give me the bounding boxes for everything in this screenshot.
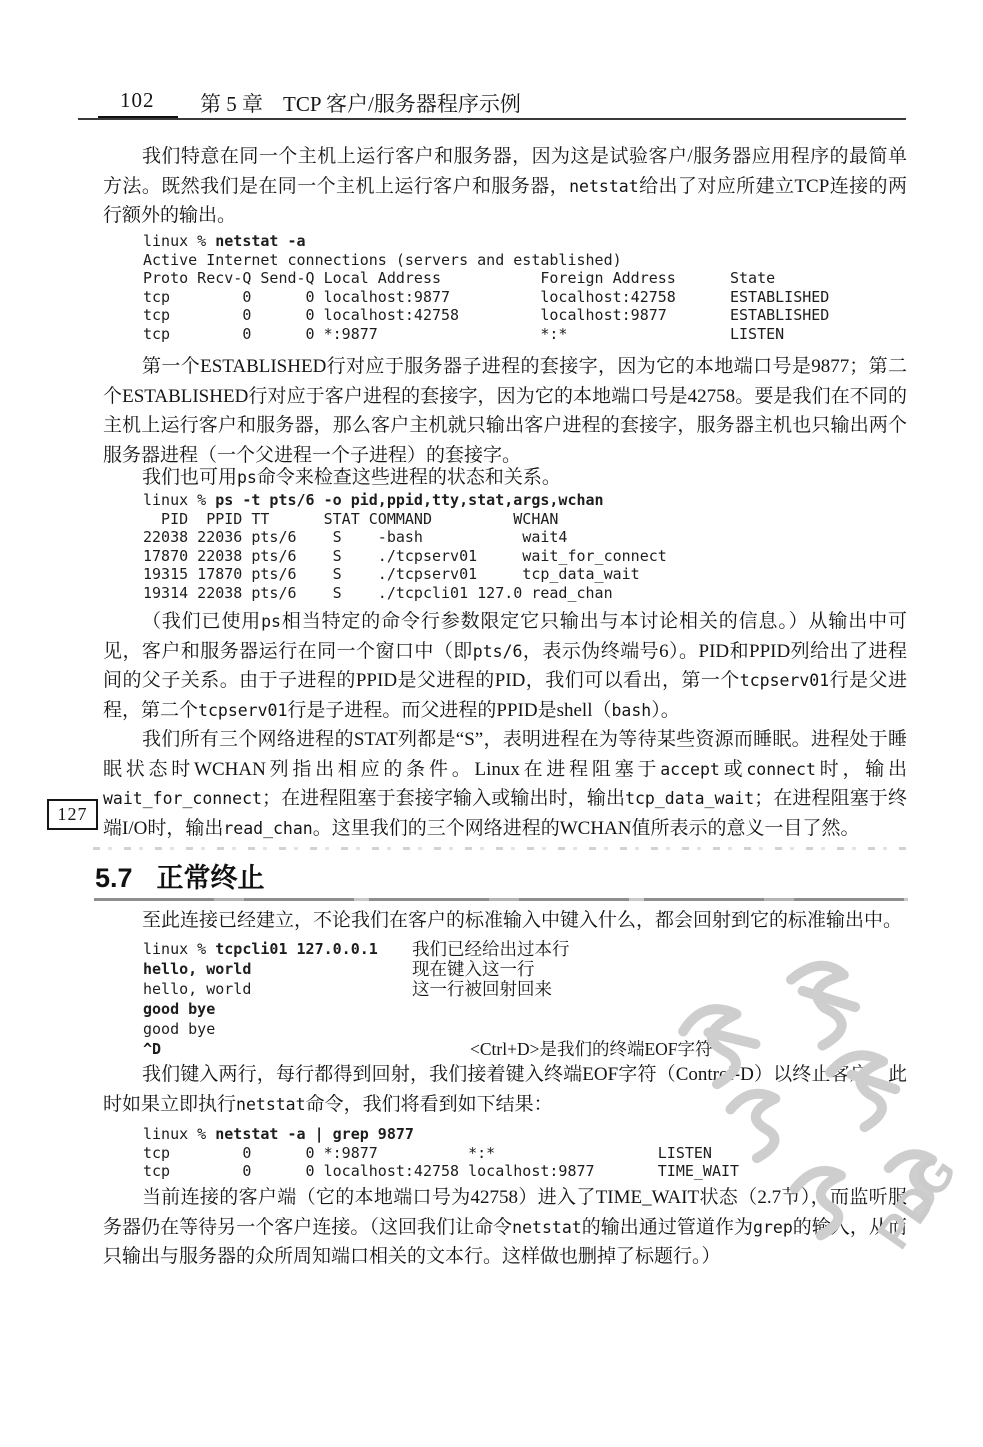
terminal-output-netstat-a: linux % netstat -a Active Internet conne…	[143, 232, 829, 343]
terminal-line: hello, world 现在键入这一行	[143, 959, 713, 979]
terminal-line: good bye	[143, 1019, 713, 1039]
chapter-number-label: 第 5 章	[200, 88, 263, 118]
scan-noise-line	[93, 847, 907, 850]
terminal-line: 22038 22036 pts/6 S -bash wait4	[143, 528, 667, 547]
terminal-command: good bye	[143, 1019, 412, 1039]
terminal-line: linux % netstat -a	[143, 232, 829, 251]
paragraph-established-lines: 第一个ESTABLISHED行对应于服务器子进程的套接字，因为它的本地端口号是9…	[103, 352, 907, 470]
paragraph-eof-explanation: 我们键入两行，每行都得到回射，我们接着键入终端EOF字符（Control-D）以…	[103, 1060, 907, 1119]
code-annotation: <Ctrl+D>是我们的终端EOF字符	[470, 1039, 713, 1059]
terminal-line: tcp 0 0 localhost:9877 localhost:42758 E…	[143, 288, 829, 307]
terminal-command: linux % tcpcli01 127.0.0.1	[143, 939, 412, 959]
running-head: 第 5 章 TCP 客户/服务器程序示例	[200, 88, 521, 118]
terminal-line: Active Internet connections (servers and…	[143, 251, 829, 270]
section-heading: 5.7 正常终止	[95, 856, 265, 895]
terminal-command: hello, world	[143, 979, 412, 999]
terminal-output-netstat-grep: linux % netstat -a | grep 9877 tcp 0 0 *…	[143, 1125, 739, 1181]
terminal-line: tcp 0 0 localhost:42758 localhost:9877 T…	[143, 1162, 739, 1181]
paragraph-same-host-intro: 我们特意在同一个主机上运行客户和服务器，因为这是试验客户/服务器应用程序的最简单…	[103, 142, 907, 231]
code-annotation: 我们已经给出过本行	[412, 939, 570, 959]
paragraph-connection-established: 至此连接已经建立，不论我们在客户的标准输入中键入什么，都会回射到它的标准输出中。	[103, 906, 907, 936]
terminal-line: linux % netstat -a | grep 9877	[143, 1125, 739, 1144]
paragraph-ps-intro: 我们也可用ps命令来检查这些进程的状态和关系。	[103, 463, 907, 493]
code-annotation: 这一行被回射回来	[412, 979, 552, 999]
terminal-line: tcp 0 0 localhost:42758 localhost:9877 E…	[143, 306, 829, 325]
terminal-output-ps: linux % ps -t pts/6 -o pid,ppid,tty,stat…	[143, 491, 667, 602]
margin-page-marker: 127	[47, 799, 98, 830]
terminal-command: ^D	[143, 1039, 412, 1059]
terminal-line: linux % tcpcli01 127.0.0.1 我们已经给出过本行	[143, 939, 713, 959]
terminal-line: Proto Recv-Q Send-Q Local Address Foreig…	[143, 269, 829, 288]
paragraph-ps-explanation: （我们已使用ps相当特定的命令行参数限定它只输出与本讨论相关的信息。）从输出中可…	[103, 607, 907, 725]
terminal-line: hello, world 这一行被回射回来	[143, 979, 713, 999]
terminal-line: 19315 17870 pts/6 S ./tcpserv01 tcp_data…	[143, 565, 667, 584]
section-heading-rule	[94, 898, 908, 901]
terminal-line: PID PPID TT STAT COMMAND WCHAN	[143, 510, 667, 529]
terminal-line: good bye	[143, 999, 713, 1019]
code-annotation: 现在键入这一行	[412, 959, 535, 979]
paragraph-wchan-explanation: 我们所有三个网络进程的STAT列都是“S”，表明进程在为等待某些资源而睡眠。进程…	[103, 725, 907, 843]
chapter-title: TCP 客户/服务器程序示例	[283, 88, 521, 118]
terminal-command: hello, world	[143, 959, 412, 979]
terminal-command: good bye	[143, 999, 412, 1019]
terminal-output-tcpcli01: linux % tcpcli01 127.0.0.1 我们已经给出过本行 hel…	[143, 939, 713, 1059]
section-title: 正常终止	[157, 856, 265, 895]
section-number: 5.7	[95, 863, 133, 894]
terminal-line: linux % ps -t pts/6 -o pid,ppid,tty,stat…	[143, 491, 667, 510]
paragraph-timewait-explanation: 当前连接的客户端（它的本地端口号为42758）进入了TIME_WAIT状态（2.…	[103, 1183, 907, 1272]
terminal-line: ^D <Ctrl+D>是我们的终端EOF字符	[143, 1039, 713, 1059]
terminal-line: 17870 22038 pts/6 S ./tcpserv01 wait_for…	[143, 547, 667, 566]
header-rule	[78, 118, 906, 120]
terminal-line: 19314 22038 pts/6 S ./tcpcli01 127.0 rea…	[143, 584, 667, 603]
terminal-line: tcp 0 0 *:9877 *:* LISTEN	[143, 1144, 739, 1163]
terminal-line: tcp 0 0 *:9877 *:* LISTEN	[143, 325, 829, 344]
page-number: 102	[120, 88, 155, 113]
